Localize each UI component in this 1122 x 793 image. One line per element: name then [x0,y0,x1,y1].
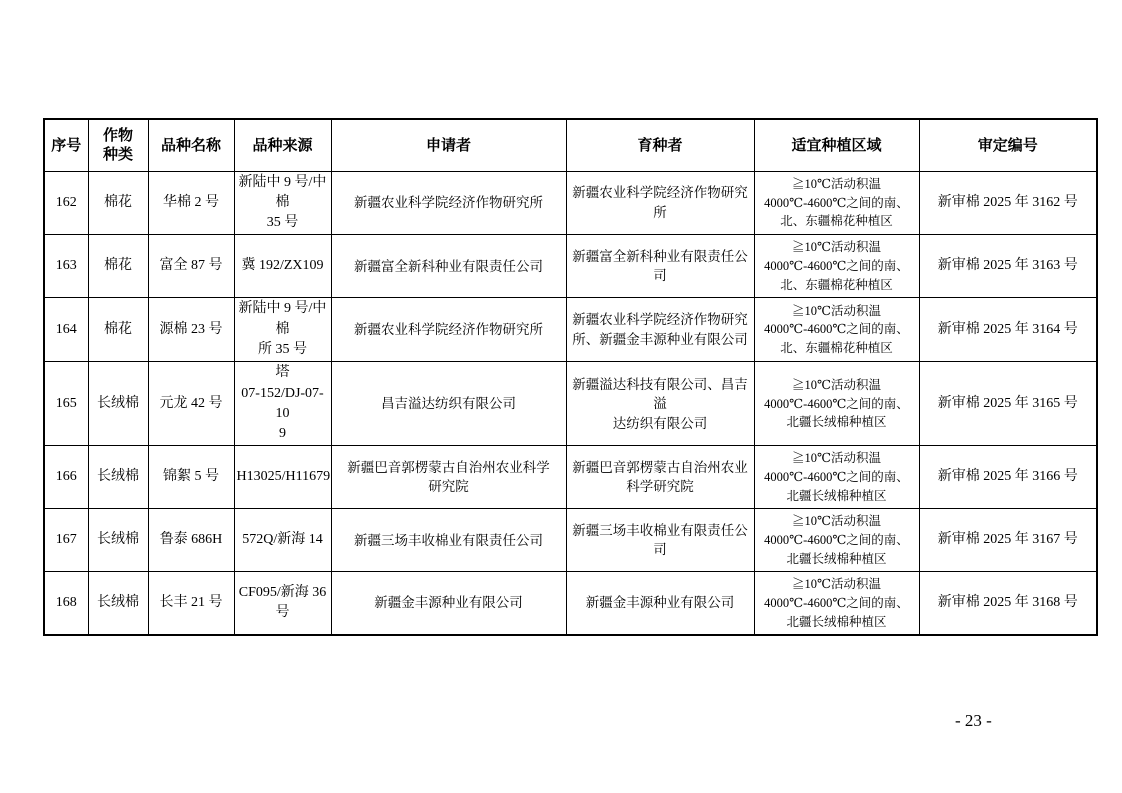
table-row: 166长绒棉锦絮 5 号H13025/H11679新疆巴音郭楞蒙古自治州农业科学… [44,446,1097,509]
table-row: 164棉花源棉 23 号新陆中 9 号/中棉 所 35 号新疆农业科学院经济作物… [44,298,1097,362]
column-header-source: 品种来源 [234,119,331,171]
cell-variety: 富全 87 号 [148,235,234,298]
cell-seq: 165 [44,362,88,446]
cell-seq: 162 [44,171,88,235]
column-header-region: 适宜种植区域 [754,119,919,171]
cell-source: CF095/新海 36 号 [234,572,331,635]
cell-applicant: 新疆三场丰收棉业有限责任公司 [331,509,566,572]
table-row: 167长绒棉鲁泰 686H572Q/新海 14新疆三场丰收棉业有限责任公司新疆三… [44,509,1097,572]
cell-source: 新陆中 9 号/中棉 35 号 [234,171,331,235]
column-header-applicant: 申请者 [331,119,566,171]
cell-variety: 长丰 21 号 [148,572,234,635]
cell-region: ≧10℃活动积温 4000℃-4600℃之间的南、 北、东疆棉花种植区 [754,171,919,235]
cell-region: ≧10℃活动积温 4000℃-4600℃之间的南、 北疆长绒棉种植区 [754,572,919,635]
cell-cert-no: 新审棉 2025 年 3167 号 [919,509,1097,572]
cell-cert-no: 新审棉 2025 年 3163 号 [919,235,1097,298]
table-body: 162棉花华棉 2 号新陆中 9 号/中棉 35 号新疆农业科学院经济作物研究所… [44,171,1097,635]
cell-region: ≧10℃活动积温 4000℃-4600℃之间的南、 北疆长绒棉种植区 [754,362,919,446]
cell-region: ≧10℃活动积温 4000℃-4600℃之间的南、 北疆长绒棉种植区 [754,509,919,572]
header-row: 序号 作物 种类 品种名称 品种来源 申请者 育种者 适宜种植区域 审定编号 [44,119,1097,171]
cell-applicant: 新疆巴音郭楞蒙古自治州农业科学 研究院 [331,446,566,509]
cell-applicant: 新疆富全新科种业有限责任公司 [331,235,566,298]
cell-applicant: 新疆金丰源种业有限公司 [331,572,566,635]
table-row: 168长绒棉长丰 21 号CF095/新海 36 号新疆金丰源种业有限公司新疆金… [44,572,1097,635]
cell-cert-no: 新审棉 2025 年 3165 号 [919,362,1097,446]
column-header-seq: 序号 [44,119,88,171]
table-row: 162棉花华棉 2 号新陆中 9 号/中棉 35 号新疆农业科学院经济作物研究所… [44,171,1097,235]
cell-breeder: 新疆农业科学院经济作物研究 所 [566,171,754,235]
cell-applicant: 新疆农业科学院经济作物研究所 [331,171,566,235]
cell-breeder: 新疆金丰源种业有限公司 [566,572,754,635]
cell-crop: 棉花 [88,298,148,362]
cell-seq: 167 [44,509,88,572]
variety-approval-table: 序号 作物 种类 品种名称 品种来源 申请者 育种者 适宜种植区域 审定编号 1… [43,118,1098,636]
cell-cert-no: 新审棉 2025 年 3164 号 [919,298,1097,362]
column-header-crop: 作物 种类 [88,119,148,171]
table-header: 序号 作物 种类 品种名称 品种来源 申请者 育种者 适宜种植区域 审定编号 [44,119,1097,171]
cell-applicant: 新疆农业科学院经济作物研究所 [331,298,566,362]
cell-breeder: 新疆农业科学院经济作物研究 所、新疆金丰源种业有限公司 [566,298,754,362]
cell-breeder: 新疆三场丰收棉业有限责任公 司 [566,509,754,572]
document-page: 序号 作物 种类 品种名称 品种来源 申请者 育种者 适宜种植区域 审定编号 1… [0,0,1122,793]
cell-source: 冀 192/ZX109 [234,235,331,298]
cell-cert-no: 新审棉 2025 年 3166 号 [919,446,1097,509]
cell-region: ≧10℃活动积温 4000℃-4600℃之间的南、 北、东疆棉花种植区 [754,298,919,362]
cell-variety: 锦絮 5 号 [148,446,234,509]
cell-crop: 棉花 [88,235,148,298]
cell-variety: 鲁泰 686H [148,509,234,572]
cell-variety: 华棉 2 号 [148,171,234,235]
cell-crop: 长绒棉 [88,446,148,509]
cell-cert-no: 新审棉 2025 年 3168 号 [919,572,1097,635]
cell-source: 新陆中 9 号/中棉 所 35 号 [234,298,331,362]
column-header-variety: 品种名称 [148,119,234,171]
cell-crop: 长绒棉 [88,572,148,635]
cell-source: H13025/H11679 [234,446,331,509]
cell-crop: 长绒棉 [88,509,148,572]
table-row: 163棉花富全 87 号冀 192/ZX109新疆富全新科种业有限责任公司新疆富… [44,235,1097,298]
cell-breeder: 新疆溢达科技有限公司、昌吉溢 达纺织有限公司 [566,362,754,446]
cell-region: ≧10℃活动积温 4000℃-4600℃之间的南、 北疆长绒棉种植区 [754,446,919,509]
cell-seq: 164 [44,298,88,362]
cell-source: 572Q/新海 14 [234,509,331,572]
cell-variety: 元龙 42 号 [148,362,234,446]
cell-source: 塔 07-152/DJ-07-10 9 [234,362,331,446]
cell-breeder: 新疆富全新科种业有限责任公 司 [566,235,754,298]
table-row: 165长绒棉元龙 42 号塔 07-152/DJ-07-10 9昌吉溢达纺织有限… [44,362,1097,446]
cell-crop: 长绒棉 [88,362,148,446]
cell-crop: 棉花 [88,171,148,235]
cell-variety: 源棉 23 号 [148,298,234,362]
column-header-cert-no: 审定编号 [919,119,1097,171]
cell-seq: 166 [44,446,88,509]
page-number: - 23 - [955,711,992,731]
cell-breeder: 新疆巴音郭楞蒙古自治州农业 科学研究院 [566,446,754,509]
column-header-breeder: 育种者 [566,119,754,171]
cell-applicant: 昌吉溢达纺织有限公司 [331,362,566,446]
cell-cert-no: 新审棉 2025 年 3162 号 [919,171,1097,235]
cell-seq: 163 [44,235,88,298]
cell-seq: 168 [44,572,88,635]
cell-region: ≧10℃活动积温 4000℃-4600℃之间的南、 北、东疆棉花种植区 [754,235,919,298]
